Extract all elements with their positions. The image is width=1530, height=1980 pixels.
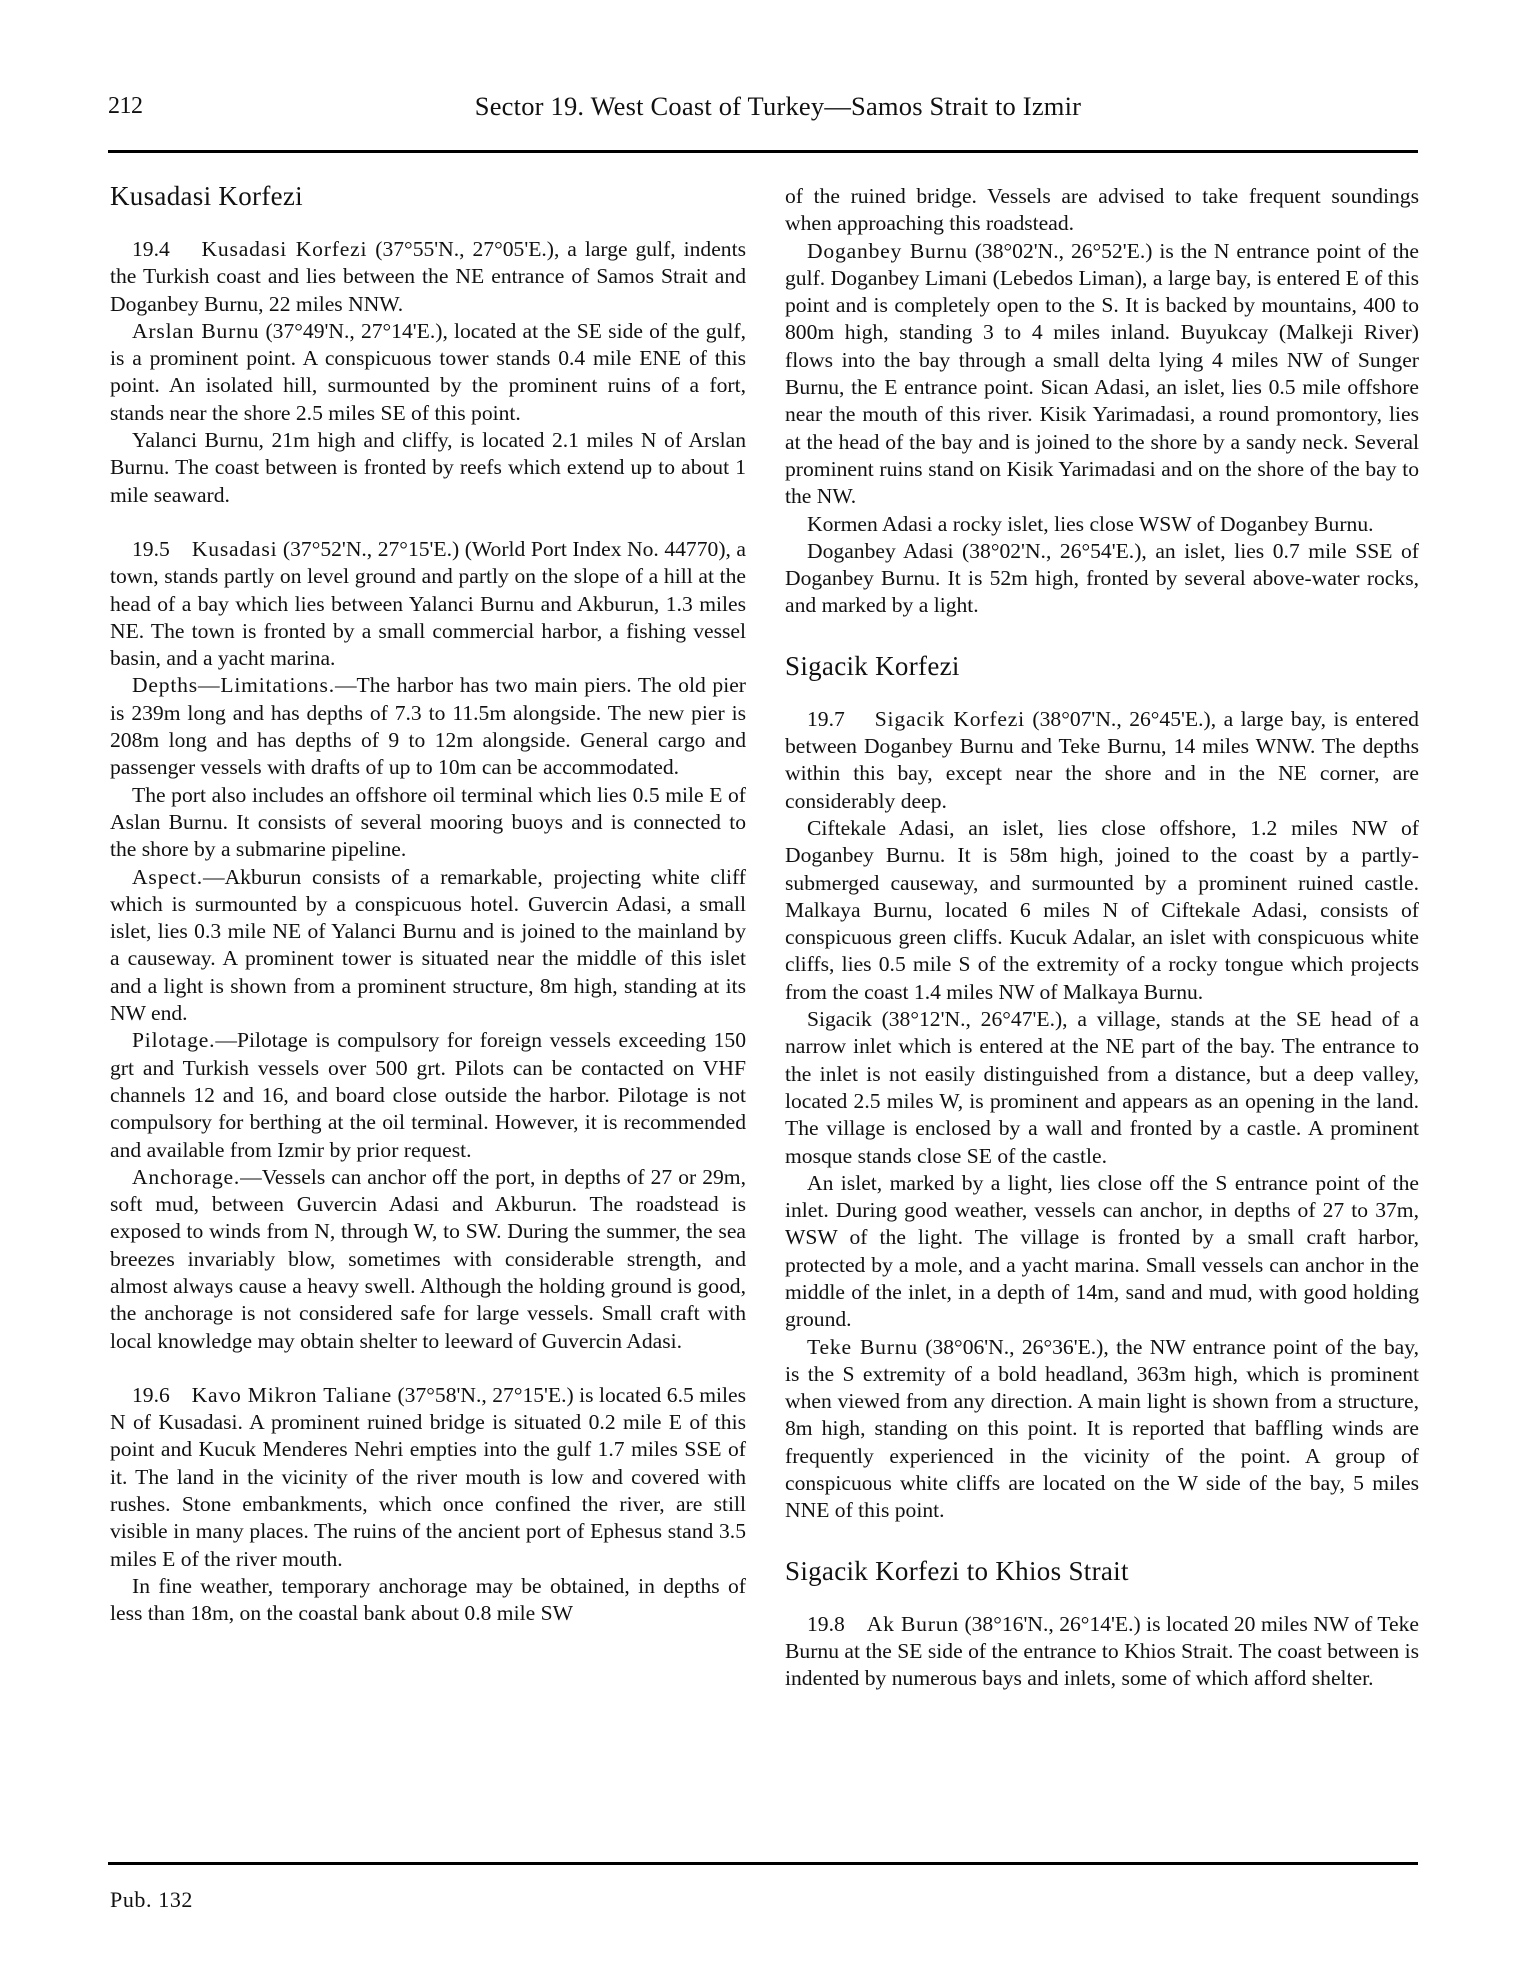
paragraph-lead: Ak Burun	[867, 1612, 959, 1636]
paragraph-doganbey-adasi: Doganbey Adasi (38°02'N., 26°54'E.), an …	[785, 538, 1419, 620]
paragraph-19-5: 19.5Kusadasi (37°52'N., 27°15'E.) (World…	[110, 536, 746, 672]
running-title: Sector 19. West Coast of Turkey—Samos St…	[108, 86, 1418, 126]
left-column: Kusadasi Korfezi 19.4Kusadasi Korfezi (3…	[110, 178, 746, 1628]
paragraph-lead: Kusadasi Korfezi	[202, 237, 368, 261]
paragraph-lead: Kusadasi	[192, 537, 278, 561]
paragraph-oil-terminal: The port also includes an offshore oil t…	[110, 782, 746, 864]
paragraph-lead: Aspect.	[132, 865, 203, 889]
paragraph-pilotage: Pilotage.—Pilotage is compulsory for for…	[110, 1027, 746, 1163]
paragraph-text: (37°58'N., 27°15'E.) is located 6.5 mile…	[110, 1383, 746, 1571]
paragraph-19-4: 19.4Kusadasi Korfezi (37°55'N., 27°05'E.…	[110, 236, 746, 318]
paragraph-islet-light: An islet, marked by a light, lies close …	[785, 1170, 1419, 1334]
paragraph-arslan-burnu: Arslan Burnu (37°49'N., 27°14'E.), locat…	[110, 318, 746, 427]
paragraph-lead: Kavo Mikron Taliane	[192, 1383, 392, 1407]
paragraph-ciftekale-adasi: Ciftekale Adasi, an islet, lies close of…	[785, 815, 1419, 1006]
paragraph-number: 19.4	[132, 237, 202, 261]
page-footer: Pub. 132	[110, 1885, 193, 1915]
paragraph-lead: Depths—Limitations.	[132, 673, 335, 697]
paragraph-text: (38°02'N., 26°52'E.) is the N entrance p…	[785, 239, 1419, 509]
paragraph-lead: Pilotage.	[132, 1028, 215, 1052]
paragraph-19-7: 19.7Sigacik Korfezi (38°07'N., 26°45'E.)…	[785, 706, 1419, 815]
section-heading-kusadasi-korfezi: Kusadasi Korfezi	[110, 178, 746, 214]
paragraph-text: —Akburun consists of a remarkable, proje…	[110, 865, 746, 1025]
paragraph-sigacik: Sigacik (38°12'N., 26°47'E.), a village,…	[785, 1006, 1419, 1170]
section-heading-sigacik-korfezi: Sigacik Korfezi	[785, 648, 1419, 684]
paragraph-continued: of the ruined bridge. Vessels are advise…	[785, 183, 1419, 238]
paragraph-doganbey-burnu: Doganbey Burnu (38°02'N., 26°52'E.) is t…	[785, 238, 1419, 511]
paragraph-yalanci-burnu: Yalanci Burnu, 21m high and cliffy, is l…	[110, 427, 746, 509]
paragraph-teke-burnu: Teke Burnu (38°06'N., 26°36'E.), the NW …	[785, 1334, 1419, 1525]
paragraph-number: 19.5	[132, 537, 192, 561]
right-column: of the ruined bridge. Vessels are advise…	[785, 183, 1419, 1693]
paragraph-lead: Sigacik Korfezi	[875, 707, 1025, 731]
footer-rule	[108, 1862, 1418, 1865]
paragraph-kormen-adasi: Kormen Adasi a rocky islet, lies close W…	[785, 511, 1419, 538]
paragraph-lead: Arslan Burnu	[132, 319, 259, 343]
paragraph-aspect: Aspect.—Akburun consists of a remarkable…	[110, 864, 746, 1028]
paragraph-fine-weather: In fine weather, temporary anchorage may…	[110, 1573, 746, 1628]
paragraph-text: (38°06'N., 26°36'E.), the NW entrance po…	[785, 1335, 1419, 1523]
paragraph-19-8: 19.8Ak Burun (38°16'N., 26°14'E.) is loc…	[785, 1611, 1419, 1693]
header-rule	[108, 150, 1418, 153]
paragraph-lead: Doganbey Burnu	[807, 239, 968, 263]
section-heading-sigacik-to-khios: Sigacik Korfezi to Khios Strait	[785, 1553, 1419, 1589]
paragraph-anchorage: Anchorage.—Vessels can anchor off the po…	[110, 1164, 746, 1355]
paragraph-depths-limitations: Depths—Limitations.—The harbor has two m…	[110, 672, 746, 781]
paragraph-number: 19.8	[807, 1612, 867, 1636]
paragraph-text: —Vessels can anchor off the port, in dep…	[110, 1165, 746, 1353]
paragraph-number: 19.6	[132, 1383, 192, 1407]
paragraph-19-6: 19.6Kavo Mikron Taliane (37°58'N., 27°15…	[110, 1382, 746, 1573]
paragraph-lead: Anchorage.	[132, 1165, 240, 1189]
paragraph-lead: Teke Burnu	[807, 1335, 918, 1359]
paragraph-number: 19.7	[807, 707, 875, 731]
